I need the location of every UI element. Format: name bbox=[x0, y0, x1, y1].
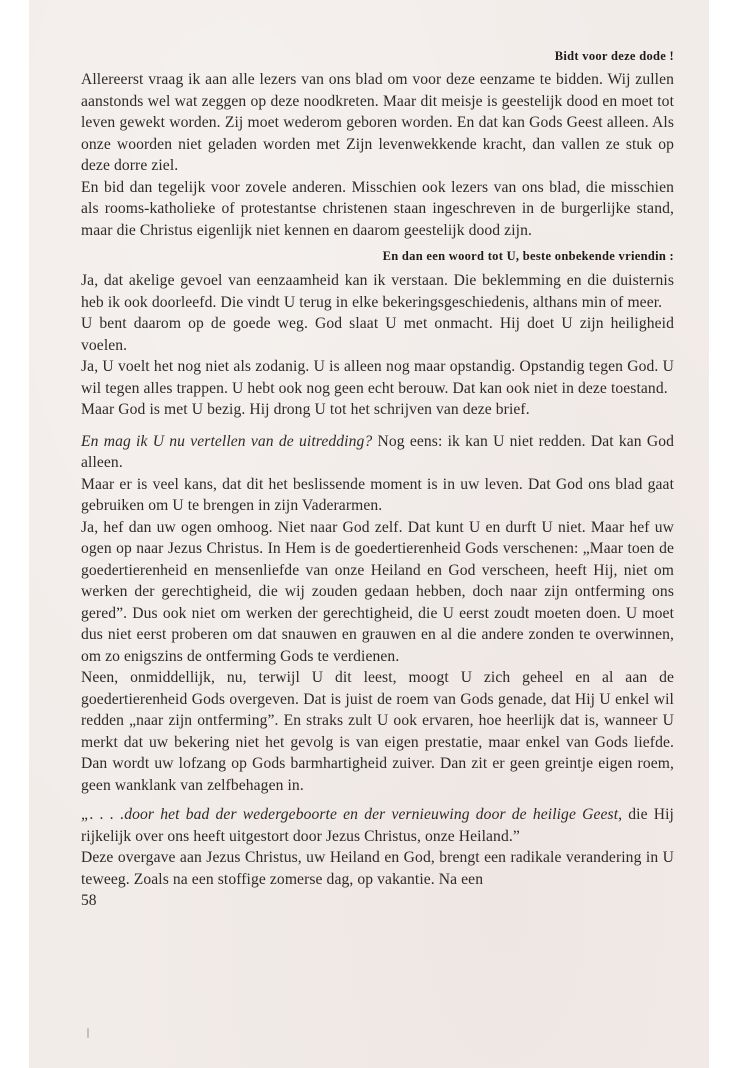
paragraph: En mag ik U nu vertellen van de uitreddi… bbox=[81, 431, 674, 474]
book-page: Bidt voor deze dode ! Allereerst vraag i… bbox=[29, 0, 709, 1068]
italic-question: En mag ik U nu vertellen van de uitreddi… bbox=[81, 433, 372, 450]
quotation: „. . . .door het bad der wedergeboorte e… bbox=[81, 804, 674, 847]
paragraph: En bid dan tegelijk voor zovele anderen.… bbox=[81, 177, 674, 242]
running-heading: Bidt voor deze dode ! bbox=[81, 47, 674, 65]
paragraph: U bent daarom op de goede weg. God slaat… bbox=[81, 313, 674, 356]
paragraph: Allereerst vraag ik aan alle lezers van … bbox=[81, 69, 674, 177]
paragraph: Maar er is veel kans, dat dit het beslis… bbox=[81, 474, 674, 517]
section-heading: En dan een woord tot U, beste onbekende … bbox=[81, 247, 674, 265]
paragraph: Deze overgave aan Jezus Christus, uw Hei… bbox=[81, 847, 674, 890]
page-content: Bidt voor deze dode ! Allereerst vraag i… bbox=[81, 47, 674, 911]
paragraph: Ja, U voelt het nog niet als zodanig. U … bbox=[81, 356, 674, 399]
paper-mark bbox=[87, 1028, 89, 1038]
paragraph: Neen, onmiddellijk, nu, terwijl U dit le… bbox=[81, 667, 674, 796]
paragraph: Maar God is met U bezig. Hij drong U tot… bbox=[81, 399, 674, 421]
italic-quote: „. . . .door het bad der wedergeboorte e… bbox=[81, 806, 622, 823]
paragraph: Ja, hef dan uw ogen omhoog. Niet naar Go… bbox=[81, 517, 674, 668]
page-number: 58 bbox=[81, 890, 674, 911]
paragraph: Ja, dat akelige gevoel van eenzaamheid k… bbox=[81, 270, 674, 313]
